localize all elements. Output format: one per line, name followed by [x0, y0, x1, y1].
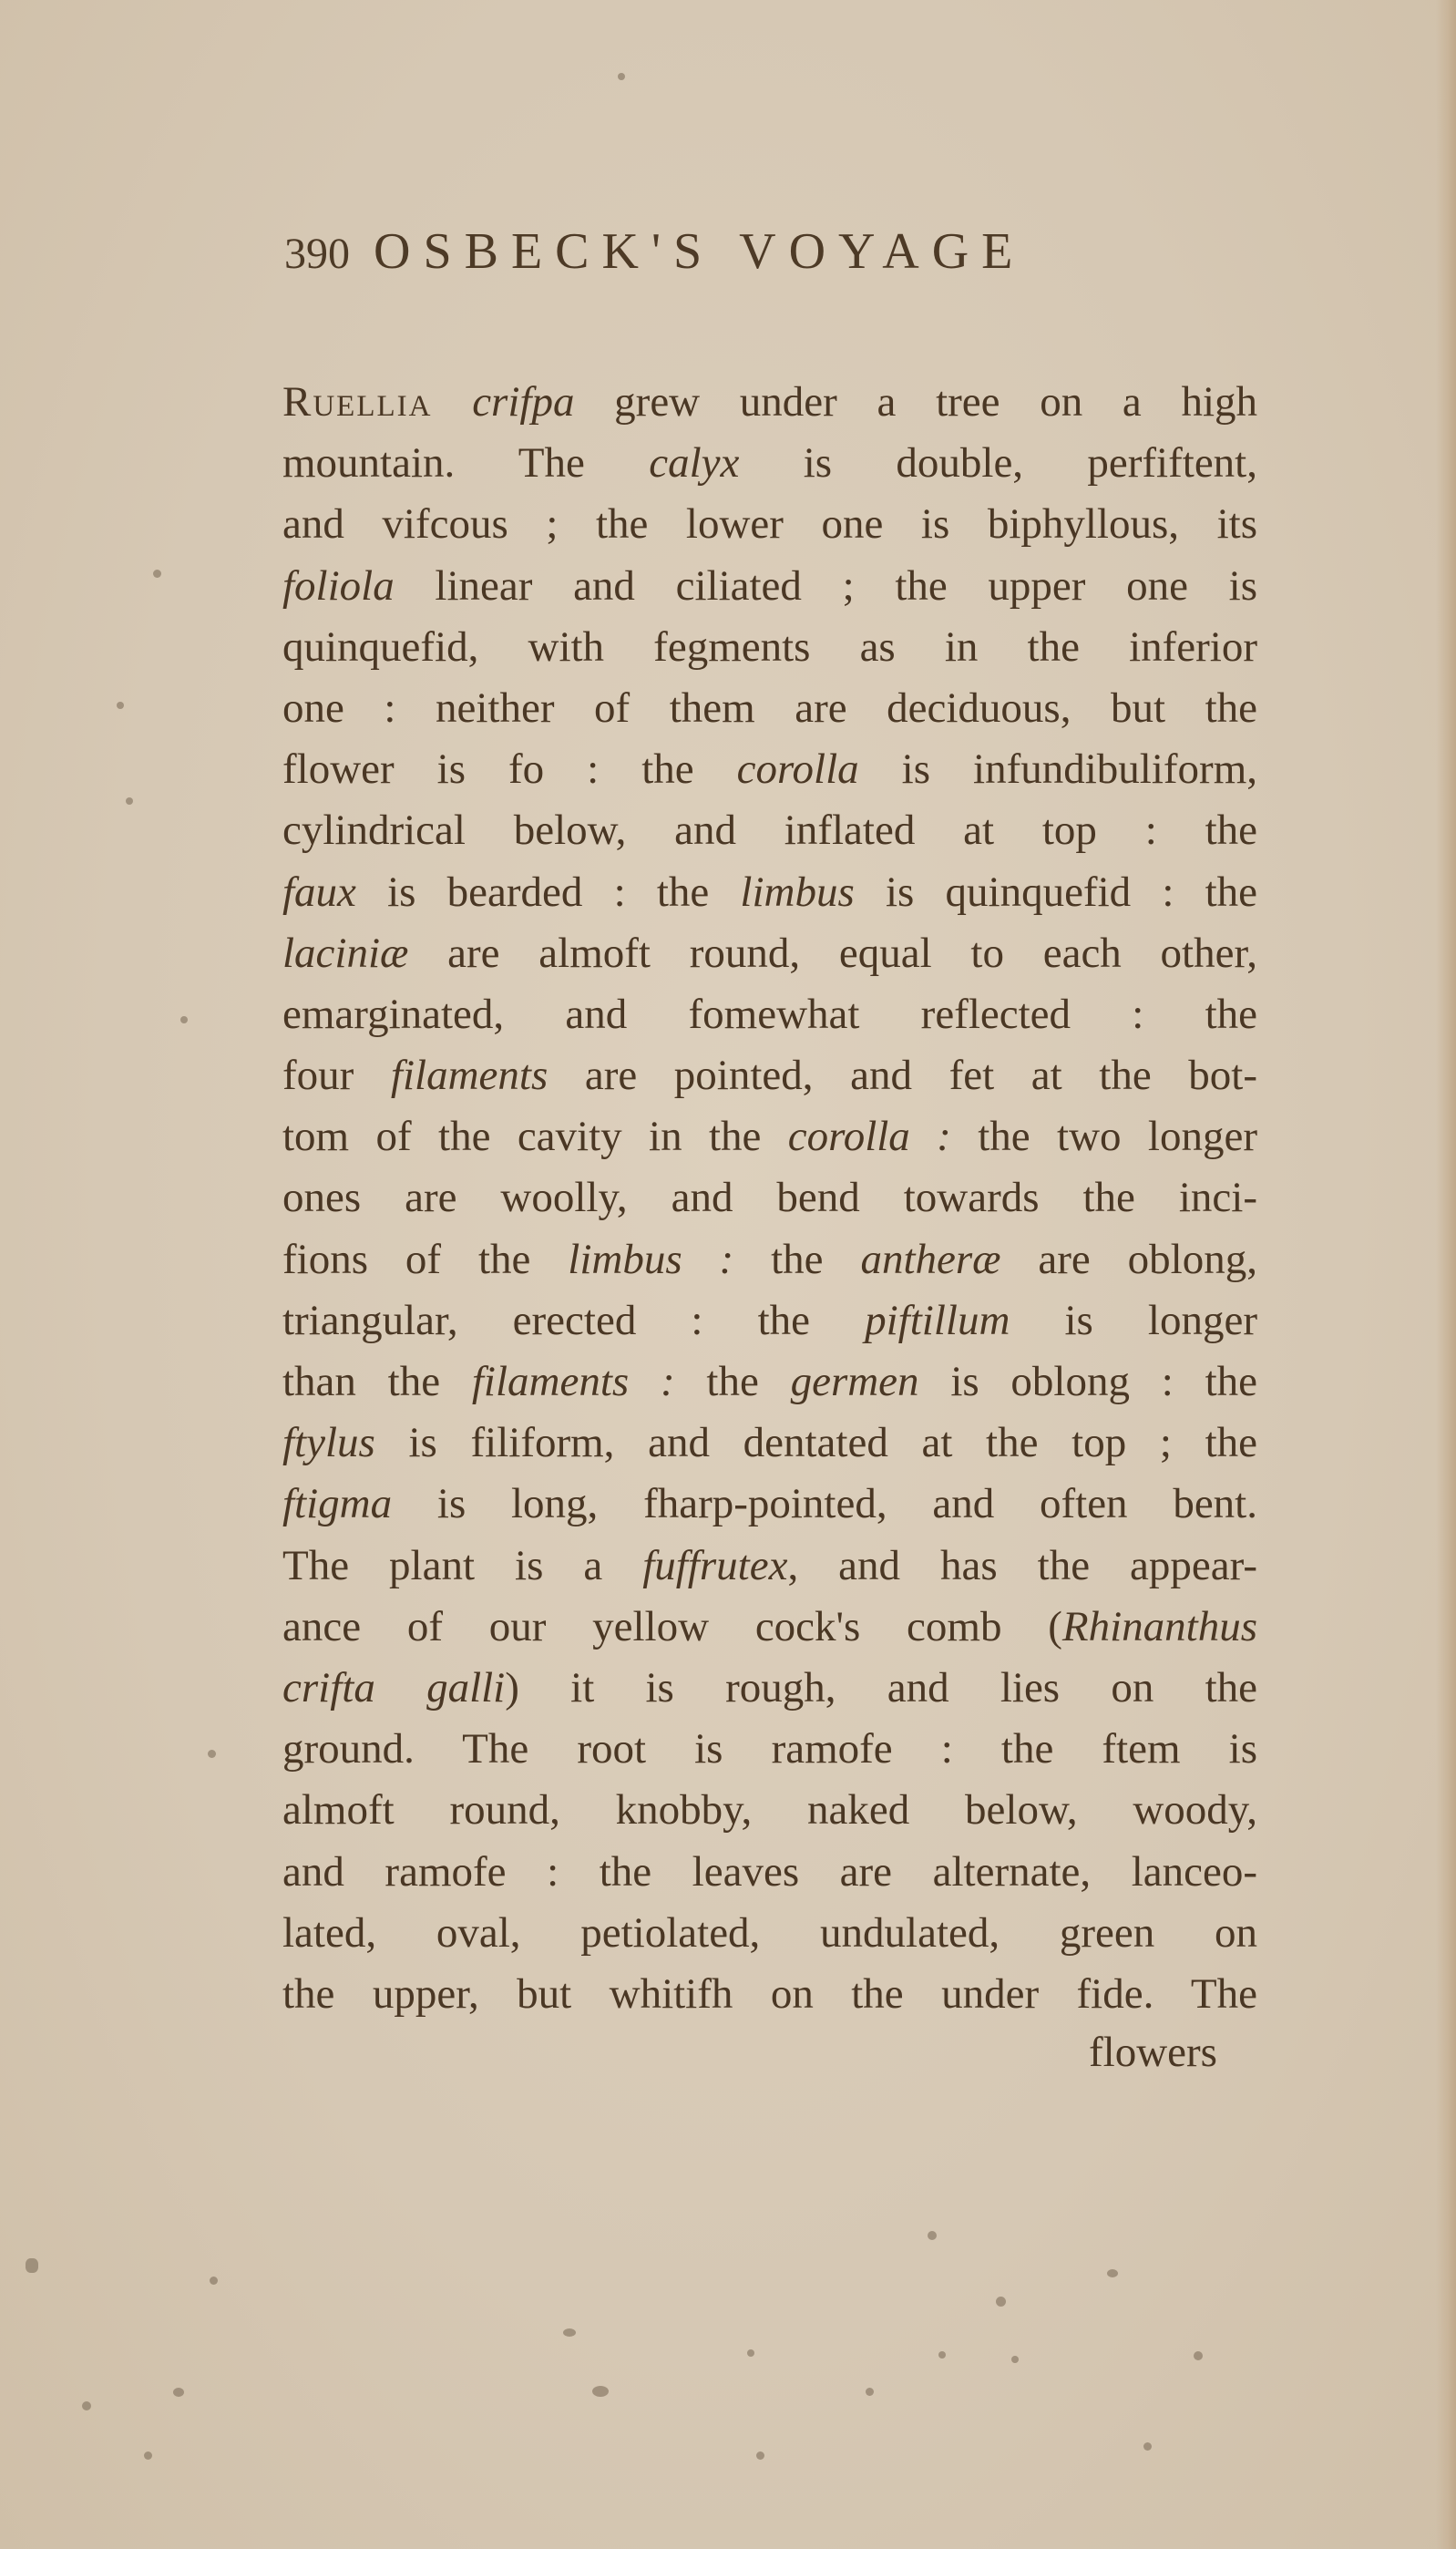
- italic-term: germen: [791, 1358, 919, 1405]
- text-segment: fions of the: [282, 1236, 568, 1283]
- text-line: crifta galli) it is rough, and lies on t…: [282, 1658, 1257, 1719]
- foxing-speck: [1143, 2442, 1152, 2451]
- text-segment: four: [282, 1052, 391, 1099]
- text-segment: the upper, but whitifh on the under fide…: [282, 1970, 1257, 2018]
- italic-term: ftigma: [282, 1480, 392, 1527]
- italic-term: foliola: [282, 562, 395, 610]
- italic-term: corolla :: [788, 1113, 951, 1160]
- italic-term: filaments: [391, 1052, 548, 1099]
- text-segment: and ramofe : the leaves are alternate, l…: [282, 1848, 1257, 1896]
- text-segment: quinquefid, with fegments as in the infe…: [282, 623, 1257, 671]
- foxing-speck: [210, 2277, 218, 2285]
- foxing-speck: [938, 2351, 946, 2359]
- text-line: flower is fo : the corolla is infundibul…: [282, 739, 1257, 800]
- text-line: The plant is a fuffrutex, and has the ap…: [282, 1536, 1257, 1597]
- foxing-speck: [144, 2451, 152, 2460]
- text-segment: is infundibuliform,: [859, 745, 1257, 793]
- text-segment: [432, 378, 472, 426]
- foxing-speck: [996, 2297, 1006, 2307]
- book-page: 390OSBECK'S VOYAGE Ruellia crifpa grew u…: [0, 0, 1456, 2549]
- running-head-title: OSBECK'S VOYAGE: [374, 223, 1025, 280]
- italic-term: faux: [282, 869, 356, 916]
- text-segment: is filiform, and dentated at the top ; t…: [375, 1419, 1257, 1466]
- text-segment: The plant is a: [282, 1542, 642, 1589]
- text-line: the upper, but whitifh on the under fide…: [282, 1964, 1257, 2025]
- italic-term: calyx: [649, 439, 739, 487]
- text-segment: the: [733, 1236, 860, 1283]
- text-line: almoft round, knobby, naked below, woody…: [282, 1780, 1257, 1841]
- foxing-speck: [153, 570, 161, 578]
- text-segment: are oblong,: [1001, 1236, 1258, 1283]
- text-line: ftylus is filiform, and dentated at the …: [282, 1413, 1257, 1474]
- italic-term: limbus: [740, 869, 854, 916]
- text-line: quinquefid, with fegments as in the infe…: [282, 617, 1257, 678]
- foxing-speck: [126, 797, 133, 805]
- text-line: one : neither of them are deciduous, but…: [282, 678, 1257, 739]
- text-segment: tom of the cavity in the: [282, 1113, 788, 1160]
- text-segment: is longer: [1010, 1297, 1257, 1344]
- body-text: Ruellia crifpa grew under a tree on a hi…: [282, 372, 1257, 2025]
- foxing-speck: [866, 2388, 874, 2396]
- text-line: fions of the limbus : the antheræ are ob…: [282, 1229, 1257, 1290]
- text-segment: is double, perfiftent,: [739, 439, 1257, 487]
- text-segment: almoft round, knobby, naked below, woody…: [282, 1786, 1257, 1834]
- italic-term: antheræ: [860, 1236, 1000, 1283]
- text-segment: lated, oval, petiolated, undulated, gree…: [282, 1909, 1257, 1957]
- italic-term: limbus :: [568, 1236, 733, 1283]
- foxing-speck: [1011, 2356, 1019, 2363]
- text-line: and ramofe : the leaves are alternate, l…: [282, 1842, 1257, 1903]
- running-head: 390OSBECK'S VOYAGE: [284, 224, 1025, 282]
- foxing-speck: [747, 2349, 754, 2357]
- italic-term: Rhinanthus: [1062, 1603, 1257, 1650]
- text-segment: linear and ciliated ; the upper one is: [395, 562, 1257, 610]
- foxing-speck: [618, 73, 625, 80]
- text-segment: emarginated, and fomewhat reflected : th…: [282, 991, 1257, 1038]
- text-segment: , and has the appear-: [787, 1542, 1257, 1589]
- text-line: and vifcous ; the lower one is biphyllou…: [282, 494, 1257, 555]
- text-line: triangular, erected : the piftillum is l…: [282, 1290, 1257, 1352]
- text-line: mountain. The calyx is double, perfiften…: [282, 433, 1257, 494]
- text-segment: ones are woolly, and bend towards the in…: [282, 1174, 1257, 1221]
- text-segment: cylindrical below, and inflated at top :…: [282, 807, 1257, 854]
- text-segment: and vifcous ; the lower one is biphyllou…: [282, 500, 1257, 548]
- page-number: 390: [284, 230, 350, 278]
- text-segment: ground. The root is ramofe : the ftem is: [282, 1725, 1257, 1773]
- foxing-speck: [26, 2258, 38, 2273]
- foxing-speck: [117, 702, 124, 709]
- page-edge-shadow: [1436, 0, 1456, 2549]
- italic-term: ftylus: [282, 1419, 375, 1466]
- foxing-speck: [173, 2388, 184, 2397]
- text-segment: is oblong : the: [919, 1358, 1257, 1405]
- text-line: ance of our yellow cock's comb (Rhinanth…: [282, 1597, 1257, 1658]
- text-line: lated, oval, petiolated, undulated, gree…: [282, 1903, 1257, 1964]
- text-segment: is bearded : the: [356, 869, 741, 916]
- text-line: faux is bearded : the limbus is quinquef…: [282, 862, 1257, 923]
- italic-term: piftillum: [865, 1297, 1010, 1344]
- text-segment: one : neither of them are deciduous, but…: [282, 684, 1257, 732]
- foxing-speck: [756, 2451, 764, 2460]
- text-segment: is quinquefid : the: [855, 869, 1257, 916]
- catchword: flowers: [1089, 2025, 1217, 2080]
- text-line: ones are woolly, and bend towards the in…: [282, 1167, 1257, 1228]
- foxing-speck: [592, 2386, 609, 2397]
- italic-term: crifta galli: [282, 1664, 505, 1711]
- text-segment: are pointed, and fet at the bot-: [548, 1052, 1257, 1099]
- text-line: ground. The root is ramofe : the ftem is: [282, 1719, 1257, 1780]
- foxing-speck: [208, 1750, 216, 1758]
- foxing-speck: [180, 1016, 188, 1023]
- text-segment: is long, fharp-pointed, and often bent.: [392, 1480, 1257, 1527]
- text-line: tom of the cavity in the corolla : the t…: [282, 1106, 1257, 1167]
- text-line: ftigma is long, fharp-pointed, and often…: [282, 1474, 1257, 1535]
- text-segment: ance of our yellow cock's comb (: [282, 1603, 1062, 1650]
- italic-term: fuffrutex: [642, 1542, 787, 1589]
- italic-term: crifpa: [472, 378, 574, 426]
- italic-term: laciniæ: [282, 930, 408, 977]
- text-segment: are almoft round, equal to each other,: [408, 930, 1257, 977]
- text-line: four filaments are pointed, and fet at t…: [282, 1045, 1257, 1106]
- text-line: cylindrical below, and inflated at top :…: [282, 800, 1257, 861]
- foxing-speck: [1194, 2351, 1203, 2360]
- italic-term: filaments :: [472, 1358, 675, 1405]
- text-segment: than the: [282, 1358, 472, 1405]
- foxing-speck: [1107, 2269, 1118, 2277]
- text-segment: triangular, erected : the: [282, 1297, 865, 1344]
- small-caps-term: Ruellia: [282, 378, 432, 426]
- text-line: foliola linear and ciliated ; the upper …: [282, 556, 1257, 617]
- text-segment: the: [675, 1358, 791, 1405]
- text-line: than the filaments : the germen is oblon…: [282, 1352, 1257, 1413]
- text-line: Ruellia crifpa grew under a tree on a hi…: [282, 372, 1257, 433]
- text-line: emarginated, and fomewhat reflected : th…: [282, 984, 1257, 1045]
- italic-term: corolla: [737, 745, 859, 793]
- foxing-speck: [928, 2231, 937, 2240]
- text-segment: flower is fo : the: [282, 745, 737, 793]
- text-line: laciniæ are almoft round, equal to each …: [282, 923, 1257, 984]
- text-segment: grew under a tree on a high: [574, 378, 1257, 426]
- foxing-speck: [82, 2401, 91, 2410]
- text-segment: the two longer: [951, 1113, 1257, 1160]
- text-segment: mountain. The: [282, 439, 649, 487]
- foxing-speck: [563, 2328, 576, 2337]
- text-segment: ) it is rough, and lies on the: [505, 1664, 1257, 1711]
